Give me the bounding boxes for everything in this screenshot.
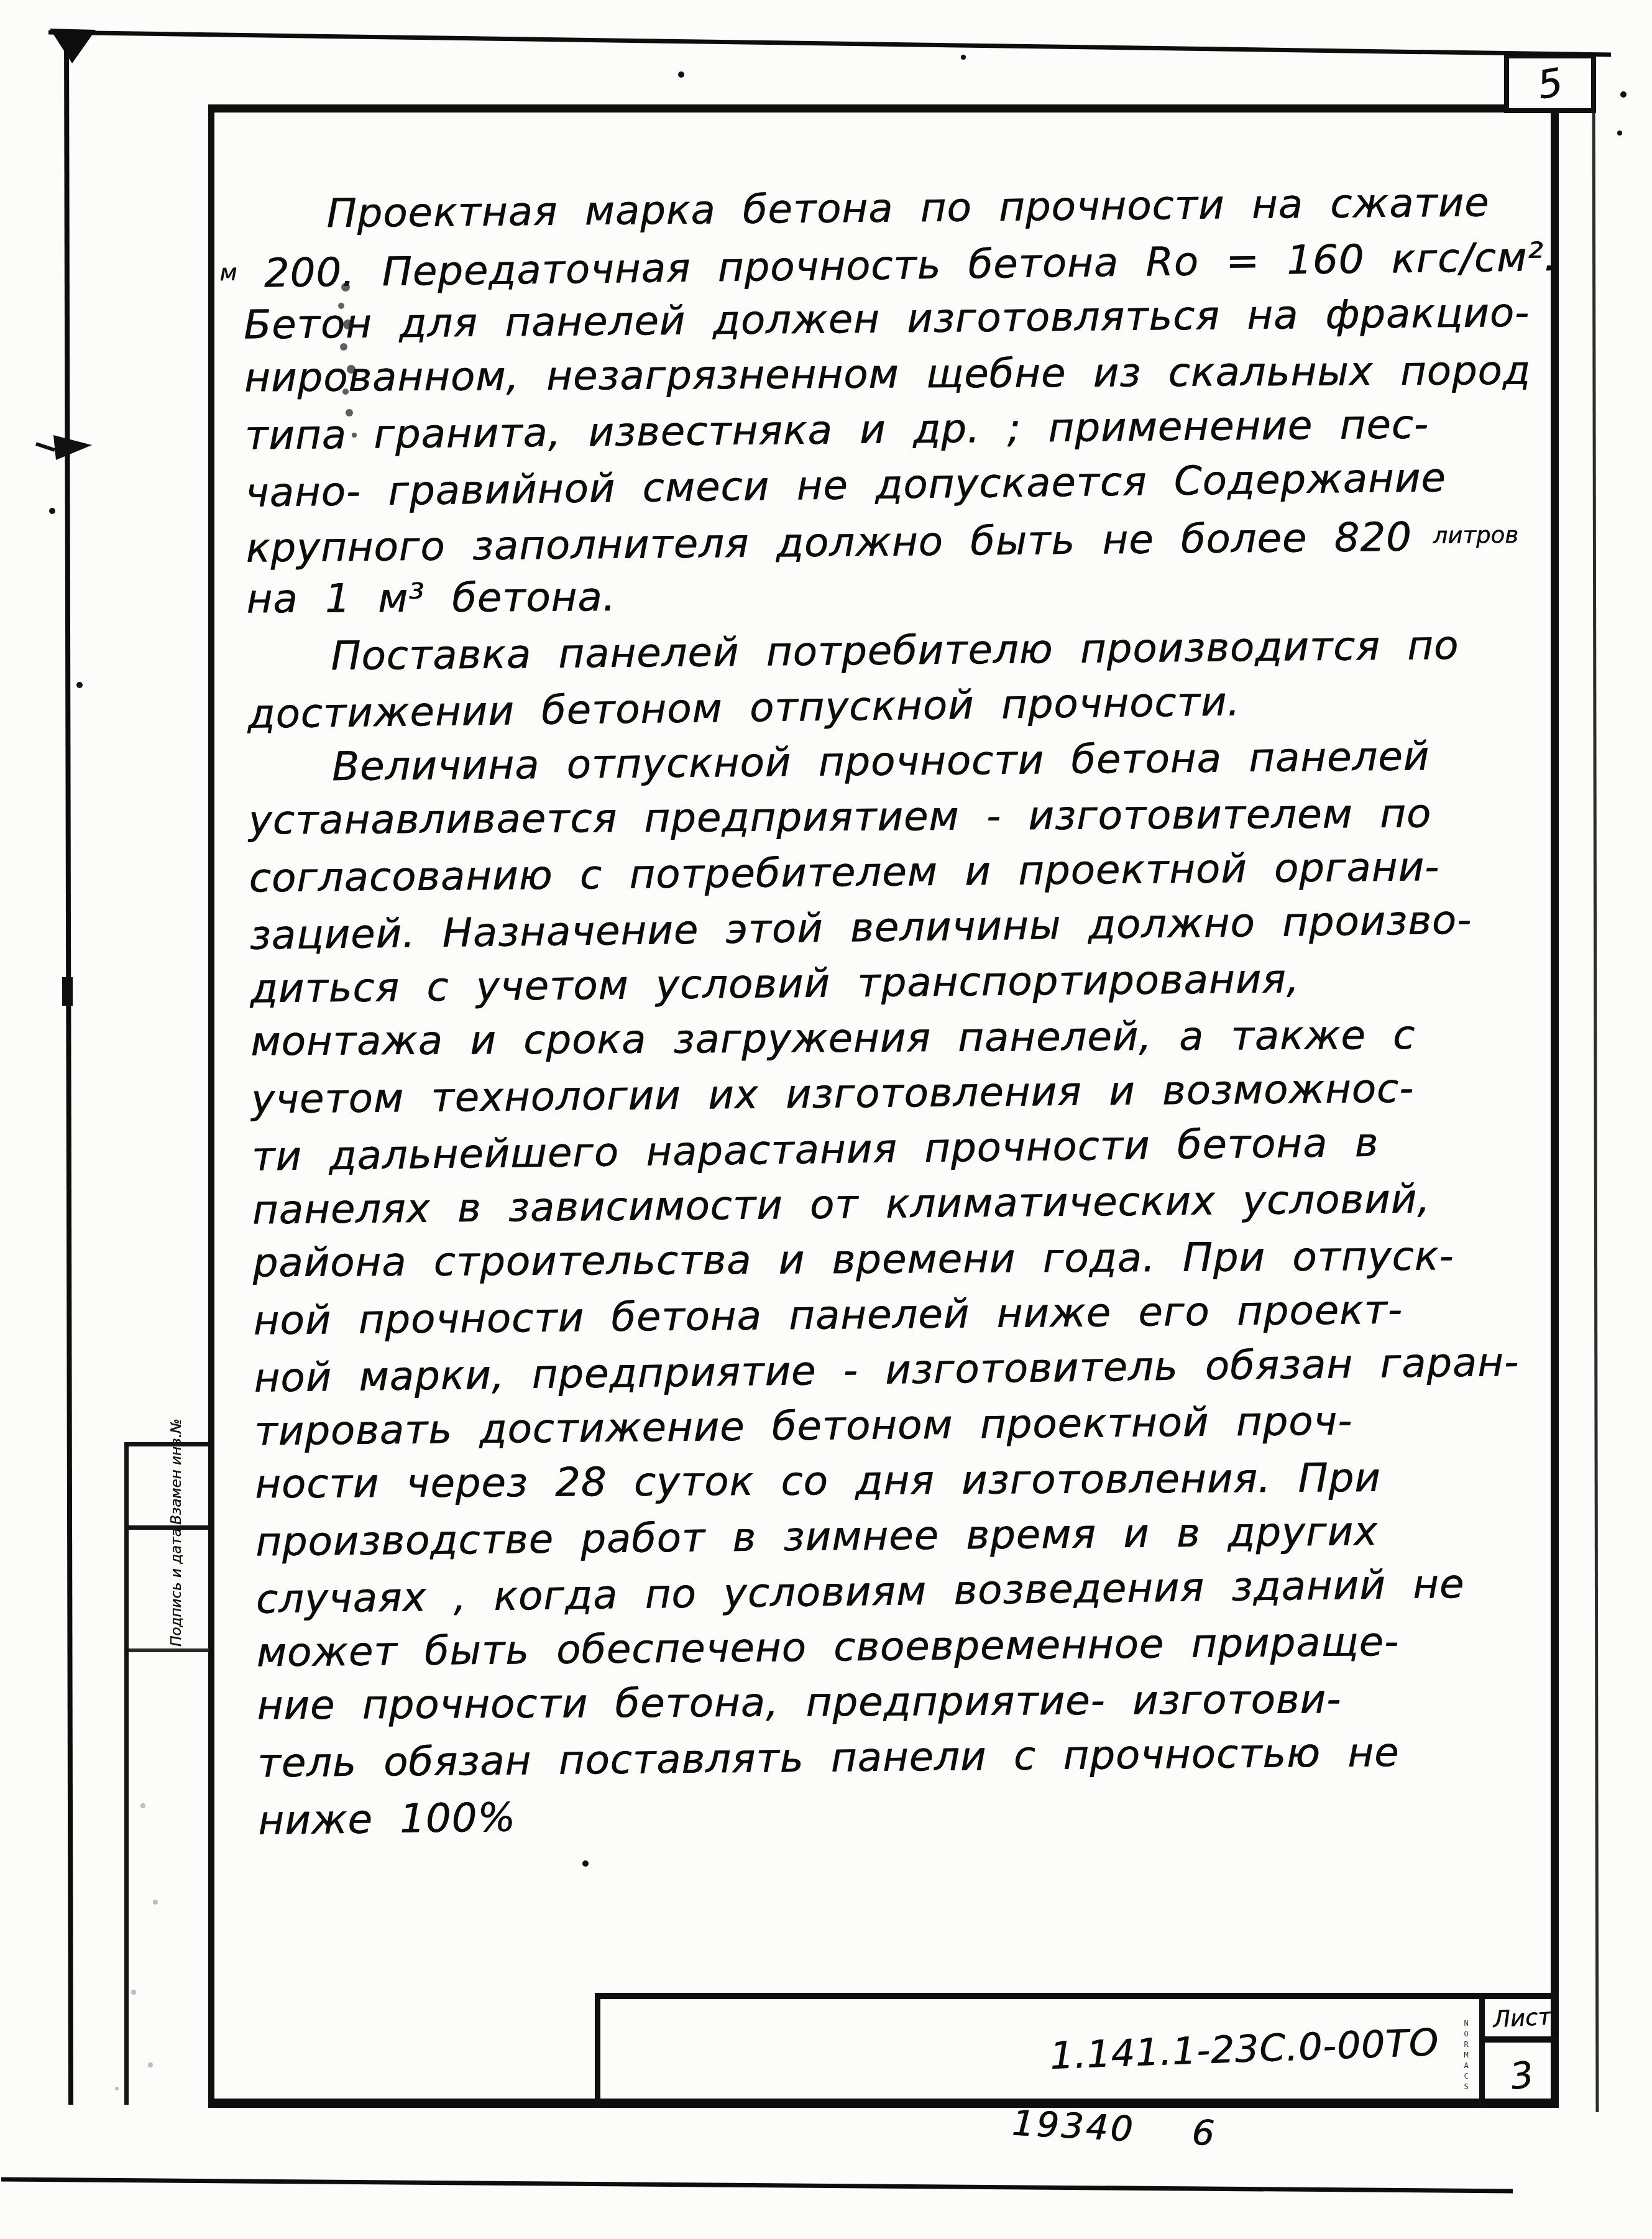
handwritten-note: 19340 6 xyxy=(1011,2103,1218,2154)
text-segment: может быть обеспечено своевременное прир… xyxy=(256,1619,1399,1676)
scan-speck xyxy=(1620,91,1627,98)
page-top-edge-line xyxy=(48,32,1611,55)
text-segment: нированном, незагрязненном щебне из скал… xyxy=(244,348,1531,402)
text-segment: на 1 м³ бетона. xyxy=(246,574,616,622)
page-right-edge-line xyxy=(1594,57,1597,2112)
margin-label-vzamen-inv: Взамен инв.№ xyxy=(168,1418,185,1525)
text-segment: Поставка панелей потребителю производитс… xyxy=(331,623,1459,679)
text-segment: Проектная марка бетона по прочности на с… xyxy=(326,180,1490,237)
text-segment: типа гранита, известняка и др. ; примене… xyxy=(244,402,1429,459)
text-segment: тель обязан поставлять панели с прочност… xyxy=(257,1730,1400,1787)
scan-blot xyxy=(50,29,96,63)
text-segment: Бетон для панелей должен изготовляться н… xyxy=(244,290,1530,349)
text-line: нированном, незагрязненном щебне из скал… xyxy=(219,343,1562,406)
page-left-edge-line xyxy=(67,31,71,2105)
scan-blot xyxy=(53,435,92,460)
text-segment: м xyxy=(219,259,237,286)
scan-speck xyxy=(49,508,55,514)
sheet-label: Лист xyxy=(1492,2003,1552,2033)
page-bottom-edge-line xyxy=(1,2179,1513,2191)
sheet-column: Лист 3 xyxy=(1479,1999,1559,2108)
scan-speck xyxy=(678,71,684,78)
scan-blot xyxy=(36,444,55,450)
page-number-box: 5 xyxy=(1504,53,1596,113)
margin-cell-podpis: Подпись и дата xyxy=(129,1530,209,1652)
page-number: 5 xyxy=(1534,59,1566,108)
text-segment: крупного заполнителя должно быть не боле… xyxy=(246,515,1412,572)
text-segment: производстве работ в зимнее время и в др… xyxy=(255,1509,1379,1565)
text-segment: ной прочности бетона панелей ниже его пр… xyxy=(253,1287,1403,1345)
scanned-document-page: 5 Проектная марка бетона по прочности на… xyxy=(0,0,1652,2239)
text-segment: Величина отпускной прочности бетона пане… xyxy=(332,733,1430,790)
text-segment: учетом технологии их изготовления и возм… xyxy=(251,1066,1415,1123)
text-line: района строительства и времени года. При… xyxy=(227,1228,1570,1291)
text-line: ние прочности бетона, предприятие- изгот… xyxy=(232,1671,1574,1734)
scan-blot xyxy=(62,977,73,1006)
text-segment: тировать достижение бетоном проектной пр… xyxy=(254,1399,1353,1455)
scan-speck xyxy=(76,682,83,688)
text-segment: устанавливается предприятием - изготовит… xyxy=(249,791,1432,844)
text-segment: ности через 28 суток со дня изготовления… xyxy=(255,1455,1381,1507)
text-segment: зацией. Назначение этой величины должно … xyxy=(249,898,1472,959)
handwritten-text: Проектная марка бетона по прочности на с… xyxy=(218,175,1576,1847)
margin-label-cells: Взамен инв.№ Подпись и дата xyxy=(124,1442,209,2105)
scan-speck xyxy=(1617,131,1622,136)
watermark-text: NORMACS xyxy=(1462,2019,1471,2093)
text-line: устанавливается предприятием - изготовит… xyxy=(224,786,1566,848)
text-line: на 1 м³ бетона. xyxy=(221,564,1564,627)
document-code: 1.141.1-23С.0-00ТО xyxy=(1049,2021,1439,2078)
text-line: ности через 28 суток со дня изготовления… xyxy=(230,1450,1572,1512)
text-segment: литров xyxy=(1411,522,1518,549)
title-block: 1.141.1-23С.0-00ТО NORMACS Лист 3 xyxy=(595,1993,1559,2108)
text-segment: района строительства и времени года. При… xyxy=(252,1233,1454,1286)
text-segment: чано- гравийной смеси не допускается Сод… xyxy=(245,455,1446,517)
text-segment: согласованию с потребителем и проектной … xyxy=(249,844,1439,901)
text-segment: достижении бетоном отпускной прочности. xyxy=(247,679,1241,737)
scan-speck xyxy=(961,55,966,60)
text-segment: ти дальнейшего нарастания прочности бето… xyxy=(252,1120,1379,1180)
text-segment: ниже 100% xyxy=(258,1795,516,1844)
text-segment: случаях , когда по условиям возведения з… xyxy=(255,1561,1464,1623)
text-segment: монтажа и срока загружения панелей, а та… xyxy=(250,1013,1415,1065)
margin-cell-vzamen: Взамен инв.№ xyxy=(129,1446,209,1530)
text-segment: ной марки, предприятие - изготовитель об… xyxy=(254,1340,1519,1402)
sheet-number-cell: 3 xyxy=(1485,2043,1559,2108)
text-line: монтажа и срока загружения панелей, а та… xyxy=(226,1007,1568,1070)
sheet-label-cell: Лист xyxy=(1485,1999,1559,2043)
sheet-number: 3 xyxy=(1507,2053,1536,2097)
text-segment: панелях в зависимости от климатических у… xyxy=(252,1176,1430,1233)
text-segment: ние прочности бетона, предприятие- изгот… xyxy=(257,1676,1341,1729)
text-segment: диться с учетом условий транспортировани… xyxy=(250,956,1300,1012)
margin-label-podpis-data: Подпись и дата xyxy=(168,1528,185,1647)
